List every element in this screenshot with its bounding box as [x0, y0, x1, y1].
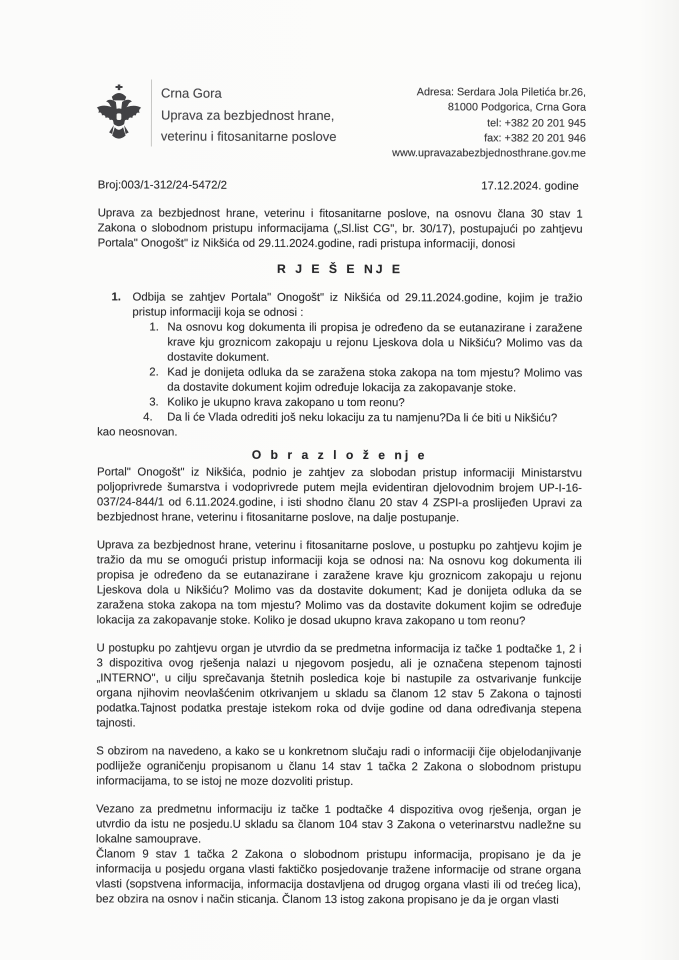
decision-item-number: 1.	[111, 290, 121, 305]
subitem-text: Koliko je ukupno krava zakopano u tom re…	[167, 397, 404, 410]
rationale-paragraph-5: Vezano za predmetnu informaciju iz tačke…	[96, 802, 581, 848]
subitem-text: Na osnovu kog dokumenta ili propisa je o…	[167, 322, 582, 364]
document-content: Crna Gora Uprava za bezbjednost hrane, v…	[0, 0, 679, 960]
contact-block: Adresa: Serdara Jola Piletića br.26, 810…	[392, 85, 586, 162]
letterhead: Crna Gora Uprava za bezbjednost hrane, v…	[1, 0, 679, 153]
request-subitem-3: 3. Koliko je ukupno krava zakopano u tom…	[97, 395, 582, 411]
subitem-text: Da li će Vlada odrediti još neku lokacij…	[167, 412, 557, 425]
rationale-paragraph-2: Uprava za bezbjednost hrane, veterinu i …	[97, 538, 582, 629]
document-number: Broj:003/1-312/24-5472/2	[98, 178, 227, 193]
contact-website: www.upravazabezbjednosthrane.gov.me	[392, 146, 586, 162]
contact-fax: fax: +382 20 201 946	[392, 131, 586, 147]
request-subitem-1: 1. Na osnovu kog dokumenta ili propisa j…	[97, 320, 582, 366]
document-date: 17.12.2024. godine	[481, 179, 583, 194]
contact-tel: tel: +382 20 201 945	[392, 116, 586, 132]
subitem-number: 3.	[149, 396, 159, 411]
rationale-paragraph-1: Portal" Onogošt" iz Nikšića, podnio je z…	[97, 465, 582, 526]
org-name-line1: Uprava za bezbjednost hrane,	[161, 104, 337, 126]
org-name-block: Crna Gora Uprava za bezbjednost hrane, v…	[161, 83, 337, 148]
decision-item-1: 1. Odbija se zahtjev Portala" Onogošt" i…	[97, 290, 582, 321]
subitem-number: 4.	[143, 410, 153, 425]
montenegro-coat-of-arms-icon	[93, 84, 145, 148]
org-country: Crna Gora	[161, 83, 337, 105]
request-subitem-2: 2. Kad je donijeta odluka da se zaražena…	[97, 365, 582, 396]
rationale-paragraph-6: Članom 9 stav 1 tačka 2 Zakona o slobodn…	[96, 847, 581, 908]
subitem-number: 2.	[149, 366, 159, 381]
decision-title: R J E Š E NJ E	[98, 261, 583, 277]
scanned-document-page: Crna Gora Uprava za bezbjednost hrane, v…	[0, 0, 679, 960]
org-name-line2: veterinu i fitosanitarne poslove	[161, 126, 337, 148]
subitem-text: Kad je donijeta odluka da se zaražena st…	[167, 367, 582, 395]
decision-closing-line: kao neosnovan.	[97, 425, 582, 441]
intro-paragraph: Uprava za bezbjednost hrane, veterinu i …	[98, 206, 583, 252]
letterhead-divider	[151, 80, 152, 147]
contact-address-line2: 81000 Podgorica, Crna Gora	[392, 100, 586, 116]
contact-address-line1: Adresa: Serdara Jola Piletića br.26,	[392, 85, 586, 101]
reference-row: Broj:003/1-312/24-5472/2 17.12.2024. god…	[98, 178, 583, 194]
rationale-paragraph-4: S obzirom na navedeno, a kako se u konkr…	[96, 744, 581, 790]
rationale-paragraph-3: U postupku po zahtjevu organ je utvrdio …	[96, 641, 581, 732]
rationale-title: O b r a z l o ž e nj e	[97, 447, 582, 463]
document-body: Broj:003/1-312/24-5472/2 17.12.2024. god…	[96, 178, 583, 908]
decision-item-text: Odbija se zahtjev Portala" Onogošt" iz N…	[132, 291, 582, 318]
subitem-number: 1.	[149, 321, 159, 336]
request-subitem-4: 4. Da li će Vlada odrediti još neku loka…	[97, 410, 582, 426]
